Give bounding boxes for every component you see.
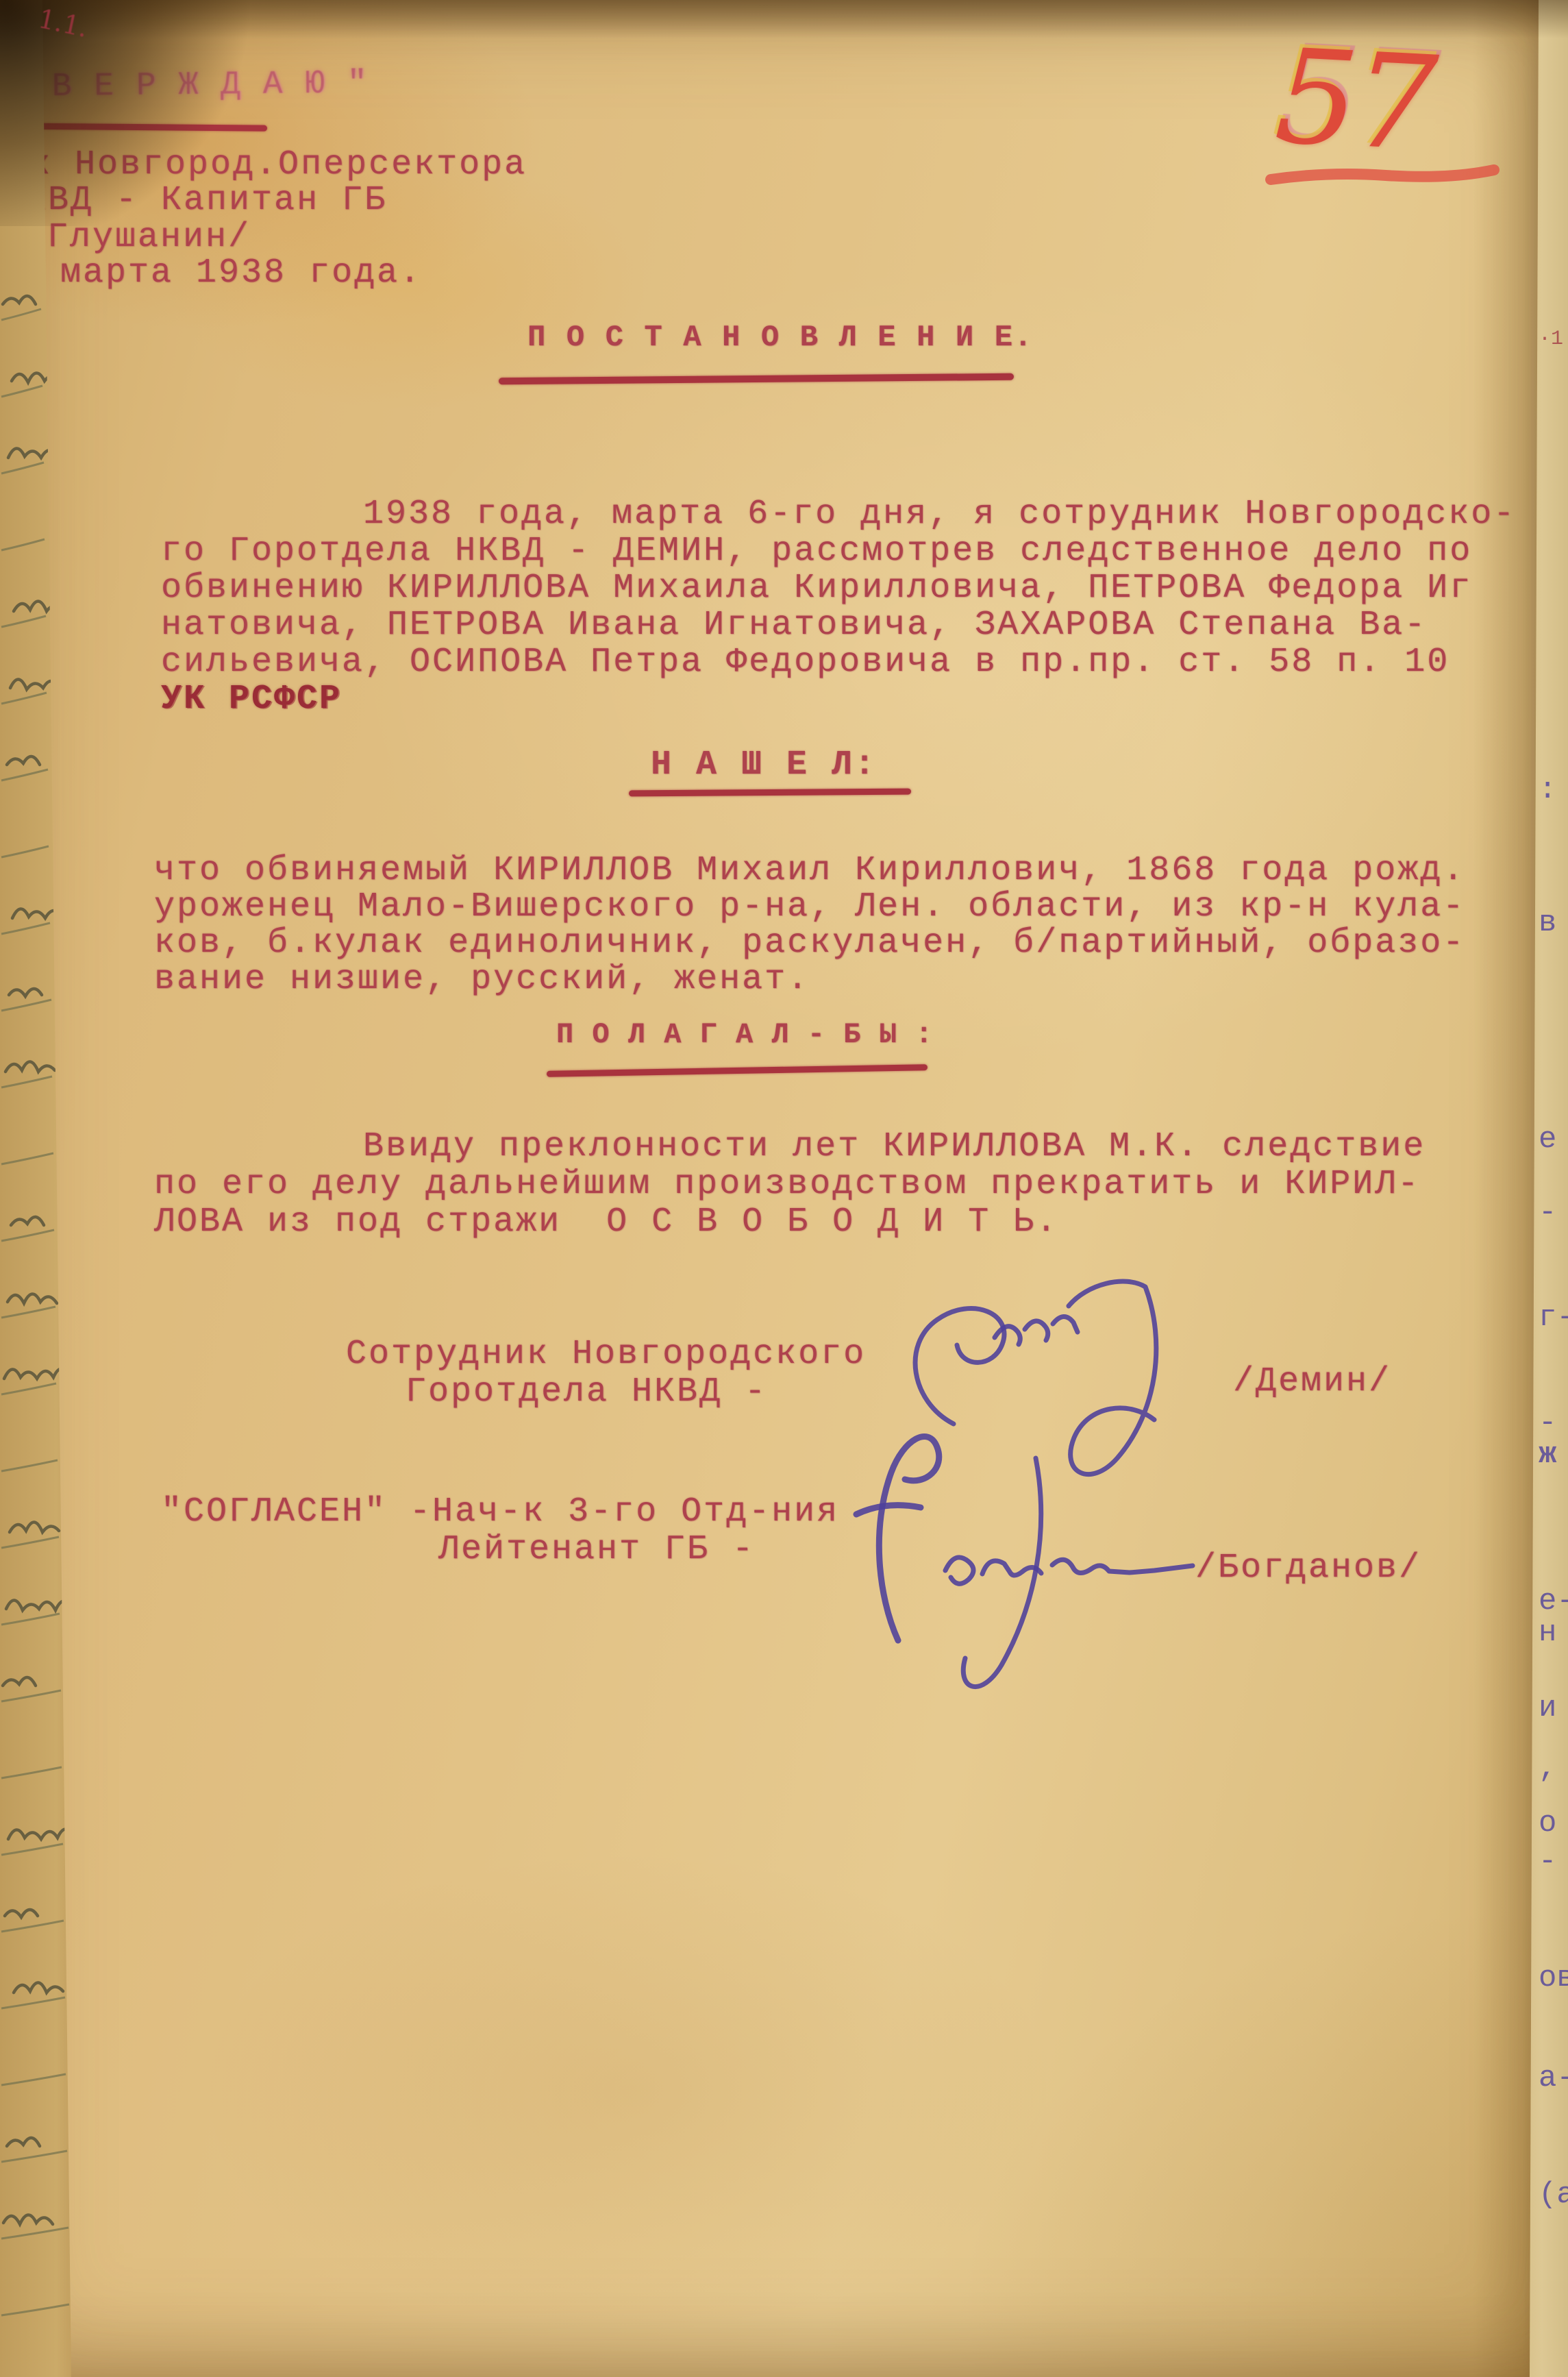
edge-fragment: ·1	[1539, 328, 1563, 351]
edge-fragment: а-	[1539, 2061, 1568, 2095]
edge-fragment: ж	[1539, 1438, 1556, 1472]
ink-overlay	[0, 0, 1568, 2377]
edge-fragment: -	[1539, 1196, 1556, 1230]
edge-fragment: г-	[1539, 1301, 1568, 1335]
edge-fragment: :	[1539, 773, 1556, 807]
edge-fragment: (ал	[1539, 2178, 1568, 2212]
edge-fragment: ов	[1539, 1961, 1568, 1995]
edge-fragment: и	[1539, 1691, 1556, 1725]
edge-fragment: ,	[1539, 1751, 1556, 1786]
page-number: 57	[1271, 21, 1436, 180]
edge-fragment: н	[1539, 1616, 1556, 1650]
edge-fragment: о	[1539, 1806, 1556, 1840]
edge-fragment: е-	[1539, 1584, 1568, 1618]
edge-fragment: -	[1539, 1845, 1556, 1879]
document-photo: ·1 : в е - г- - ж е- н и , о - ов а- (ал…	[0, 0, 1568, 2377]
signature-demin	[915, 1281, 1156, 1474]
edge-fragment: -	[1539, 1406, 1556, 1440]
document-page: Т В Е Р Ж Д А Ю " -к Новгород.Оперсектор…	[0, 0, 1568, 2377]
edge-fragment: е	[1539, 1122, 1556, 1157]
signature-bogdanov	[856, 1436, 1193, 1686]
edge-fragment: в	[1539, 906, 1556, 940]
